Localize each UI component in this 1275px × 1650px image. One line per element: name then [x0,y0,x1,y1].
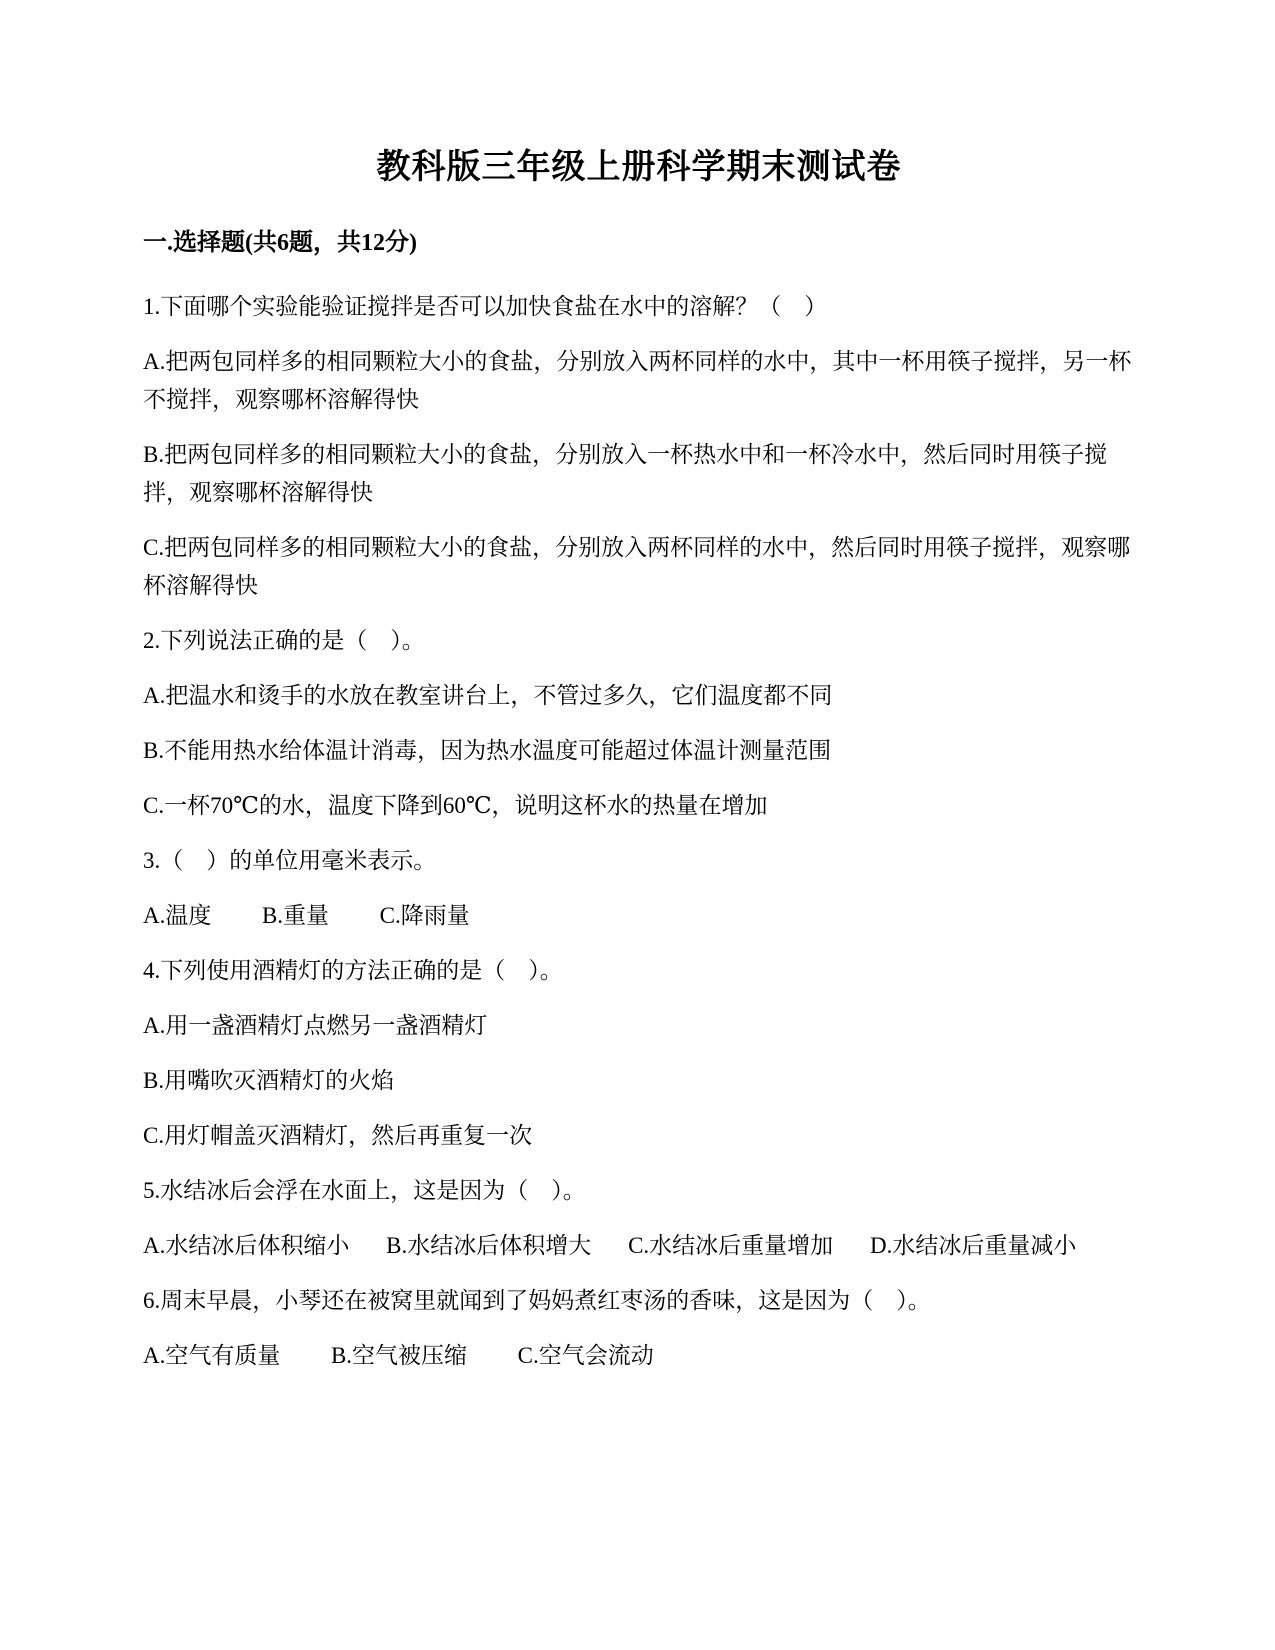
question-5-text: 5.水结冰后会浮在水面上，这是因为（ ）。 [143,1172,1135,1210]
question-4-option-b: B.用嘴吹灭酒精灯的火焰 [143,1062,1135,1100]
question-3-text: 3.（ ）的单位用毫米表示。 [143,842,1135,880]
question-5-option-b: B.水结冰后体积增大 [386,1233,591,1258]
question-2-option-b: B.不能用热水给体温计消毒，因为热水温度可能超过体温计测量范围 [143,732,1135,770]
page-title: 教科版三年级上册科学期末测试卷 [143,146,1135,190]
question-6-option-b: B.空气被压缩 [331,1343,467,1368]
question-3-option-b: B.重量 [262,903,329,928]
question-3-option-c: C.降雨量 [380,903,470,928]
exam-document-page: 教科版三年级上册科学期末测试卷 一.选择题(共6题，共12分) 1.下面哪个实验… [0,0,1275,1650]
question-5-option-d: D.水结冰后重量减小 [870,1233,1076,1258]
question-1-option-c: C.把两包同样多的相同颗粒大小的食盐，分别放入两杯同样的水中，然后同时用筷子搅拌… [143,529,1135,605]
question-1-option-b: B.把两包同样多的相同颗粒大小的食盐，分别放入一杯热水中和一杯冷水中，然后同时用… [143,436,1135,512]
question-6-text: 6.周末早晨，小琴还在被窝里就闻到了妈妈煮红枣汤的香味，这是因为（ ）。 [143,1282,1135,1320]
question-4-option-a: A.用一盏酒精灯点燃另一盏酒精灯 [143,1007,1135,1045]
question-5-option-c: C.水结冰后重量增加 [628,1233,833,1258]
question-2-option-a: A.把温水和烫手的水放在教室讲台上，不管过多久，它们温度都不同 [143,677,1135,715]
question-2-text: 2.下列说法正确的是（ ）。 [143,622,1135,660]
section-heading-choice-questions: 一.选择题(共6题，共12分) [143,226,1135,260]
question-2-option-c: C.一杯70℃的水，温度下降到60℃，说明这杯水的热量在增加 [143,787,1135,825]
question-5-option-a: A.水结冰后体积缩小 [143,1233,349,1258]
question-4-option-c: C.用灯帽盖灭酒精灯，然后再重复一次 [143,1117,1135,1155]
question-3-option-a: A.温度 [143,903,211,928]
question-6-options-row: A.空气有质量B.空气被压缩C.空气会流动 [143,1337,1135,1375]
question-4-text: 4.下列使用酒精灯的方法正确的是（ ）。 [143,952,1135,990]
question-6-option-c: C.空气会流动 [518,1343,654,1368]
question-6-option-a: A.空气有质量 [143,1343,280,1368]
question-1-text: 1.下面哪个实验能验证搅拌是否可以加快食盐在水中的溶解？（ ） [143,288,1135,326]
question-3-options-row: A.温度B.重量C.降雨量 [143,897,1135,935]
question-1-option-a: A.把两包同样多的相同颗粒大小的食盐，分别放入两杯同样的水中，其中一杯用筷子搅拌… [143,343,1135,419]
question-5-options-row: A.水结冰后体积缩小B.水结冰后体积增大C.水结冰后重量增加D.水结冰后重量减小 [143,1227,1135,1265]
